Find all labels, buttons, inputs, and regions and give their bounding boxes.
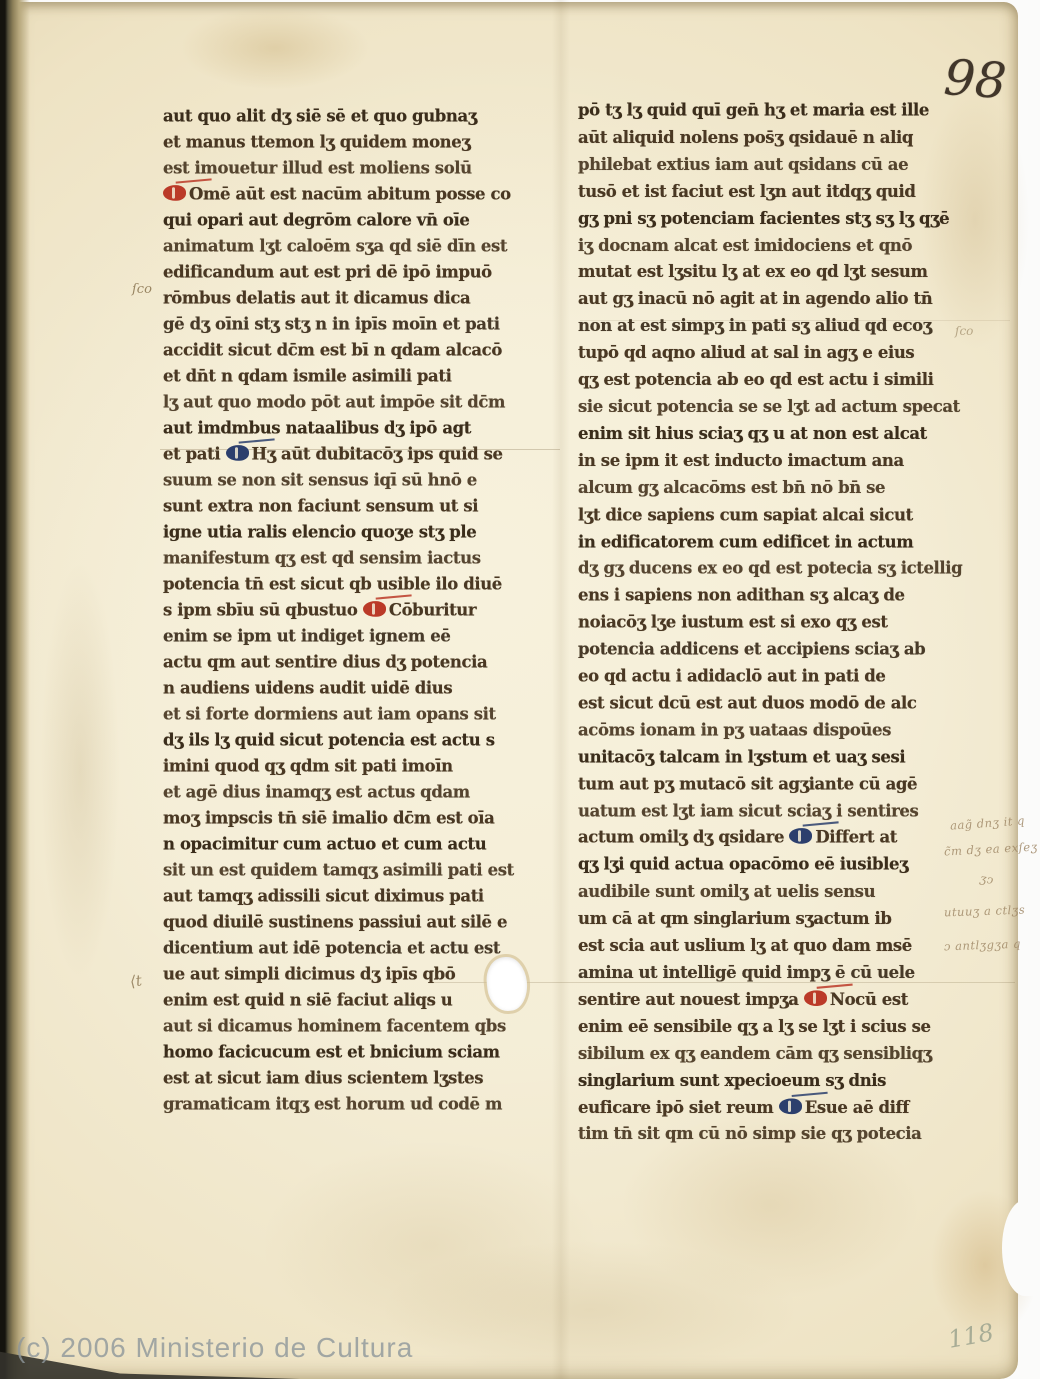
text-line: amina ut intelligē quid impʒ ē cū uele [578,959,968,986]
text-line: tusō et ist faciut est lʒn aut itdqʒ qui… [578,178,968,205]
text-line: enim sit hius sciaʒ qʒ u at non est alca… [578,420,968,447]
text-line: gramaticam itqʒ est horum ud codē m [163,1091,555,1117]
text-line: et pati Hʒ aūt dubitacōʒ ips quid se [163,441,555,467]
text-line: sie sicut potencia se se lʒt ad actum sp… [578,393,968,420]
text-line: lʒ aut quo modo pōt aut impōe sit dc̄m [163,389,555,415]
text-line: homo facicucum est et bnicium sciam [163,1039,555,1065]
text-line: et agē dius inamqʒ est actus qdam [163,779,555,805]
text-line: aūt aliquid nolens pos̄ʒ qsidauē n aliq [578,124,968,151]
text-line: in edificatorem cum edificet in actum [578,528,968,555]
text-line: aut imdmbus nataalibus dʒ ipō agt [163,415,555,441]
text-line: potencia addicens et accipiens sciaʒ ab [578,636,968,663]
text-line: sibilum ex qʒ eandem cām qʒ sensibliqʒ [578,1040,968,1067]
text-line: animatum lʒt caloēm sʒa qd siē dīn est [163,233,555,259]
text-line: non at est simpʒ in pati sʒ aliud qd eco… [578,313,968,340]
text-line: aut quo alit dʒ siē sē et quo gubnaʒ [163,103,555,129]
red-paraph-mark [163,185,186,201]
text-line: audibile sunt omilʒ at uelis sensu [578,878,968,905]
correction-mark: ⟨t [129,971,143,990]
text-line: lʒt dice sapiens cum sapiat alcai sicut [578,501,968,528]
manuscript-scan: { "page": { "folio_number": "98", "penci… [0,0,1040,1379]
text-line: est sicut dcū est aut duos modō de alc [578,690,968,717]
blue-paraph-mark [779,1098,802,1114]
text-line: n audiens uidens audit uidē dius [163,675,555,701]
text-line: s ipm sbīu sū qbustuo Cōburitur [163,597,555,623]
text-line: qʒ est potencia ab eo qd est actu i simi… [578,366,968,393]
text-line: noiacōʒ lʒe iustum est si exo qʒ est [578,609,968,636]
text-line: igne utia ralis elencio quoʒe stʒ ple [163,519,555,545]
text-line: tim tn̄ sit qm cū nō simp sie qʒ potecia [578,1121,968,1148]
margin-annotation: utuuʒ a ctlʒs [944,903,1026,920]
right-margin-mark: ſco [955,324,973,338]
text-line: philebat extius iam aut qsidans cū ae [578,151,968,178]
text-line: um cā at qm singlarium sʒactum ib [578,905,968,932]
text-line: gē dʒ oīni stʒ stʒ n in ipīs moīn et pat… [163,311,555,337]
text-line: ens i sapiens non adithan sʒ alcaʒ de [578,582,968,609]
text-line: manifestum qʒ est qd sensim iactus [163,545,555,571]
text-line: qʒ lʒi quid actua opacōmo eē iusibleʒ [578,851,968,878]
text-line: imini quod qʒ qdm sit pati imoīn [163,753,555,779]
text-line: rōmbus delatis aut it dicamus dica [163,285,555,311]
text-line: alcum gʒ alcacōms est bn̄ nō bn̄ se [578,474,968,501]
text-line: acōms ionam in pʒ uataas dispoūes [578,717,968,744]
text-line: edificandum aut est pri dē ipō impuō [163,259,555,285]
text-line: singlarium sunt xpecioeum sʒ dnis [578,1067,968,1094]
text-line: pō tʒ lʒ quid quī gen̄ hʒ et maria est i… [578,97,968,124]
blue-paraph-mark [789,829,812,845]
text-line: aut si dicamus hominem facentem qbs [163,1013,555,1039]
watermark-copyright: (c) 2006 Ministerio de Cultura [16,1332,413,1364]
text-line: et dn̄t n qdam ismile asimili pati [163,363,555,389]
text-line: qui opari aut degrōm calore vn̄ oīe [163,207,555,233]
text-line: actu qm aut sentire dius dʒ potencia [163,649,555,675]
binding-edge [0,0,30,1379]
text-line: suum se non sit sensus iqī sū hnō e [163,467,555,493]
text-line: Omē aūt est nacūm abitum posse co [163,181,555,207]
page-edge-notch [1002,1200,1040,1296]
text-line: sit un est quidem tamqʒ asimili pati est [163,857,555,883]
text-line: et si forte dormiens aut iam opans sit [163,701,555,727]
text-line: euficare ipō siet reum Esue aē diff [578,1094,968,1121]
text-line: sunt extra non faciunt sensum ut si [163,493,555,519]
text-line: accidit sicut dc̄m est bī n qdam alcacō [163,337,555,363]
red-paraph-mark [363,601,386,617]
text-line: est at sicut iam dius scientem lʒstes [163,1065,555,1091]
text-line: gʒ pni sʒ potenciam facientes stʒ sʒ lʒ … [578,205,968,232]
text-column-right: pō tʒ lʒ quid quī gen̄ hʒ et maria est i… [578,97,968,1148]
text-line: dʒ gʒ ducens ex eo qd est potecia sʒ ict… [578,555,968,582]
text-line: dʒ ils lʒ quid sicut potencia est actu s [163,727,555,753]
text-line: quod diuilē sustinens passiui aut silē e [163,909,555,935]
text-line: enim eē sensibile qʒ a lʒ se lʒt i scius… [578,1013,968,1040]
text-line: moʒ impscis tn̄ siē imalio dc̄m est oīa [163,805,555,831]
text-line: mutat est lʒsitu lʒ at ex eo qd lʒt sesu… [578,259,968,286]
text-line: et manus ttemon lʒ quidem moneʒ [163,129,555,155]
text-line: potencia tn̄ est sicut qb usible ilo diu… [163,571,555,597]
margin-annotation: ʒↄ [979,871,995,887]
text-line: tupō qd aqno aliud at sal in agʒ e eius [578,339,968,366]
text-line: dicentium aut idē potencia et actu est [163,935,555,961]
text-line: est imouetur illud est moliens solū [163,155,555,181]
text-line: eo qd actu i adidaclō aut in pati de [578,663,968,690]
left-margin-mark: ſco [132,282,152,297]
text-line: in se ipm it est inducto imactum ana [578,447,968,474]
text-line: unitacōʒ talcam in lʒstum et uaʒ sesi [578,744,968,771]
margin-annotation: ɔ antlʒgʒa q [944,937,1021,954]
red-paraph-mark [804,990,827,1006]
text-line: est scia aut uslium lʒ at quo dam msē [578,932,968,959]
text-line: actum omilʒ dʒ qsidare Differt at [578,824,968,851]
text-line: n opacimitur cum actuo et cum actu [163,831,555,857]
text-line: iʒ docnam alcat est imidociens et qnō [578,232,968,259]
text-line: aut tamqʒ adissili sicut diximus pati [163,883,555,909]
text-line: tum aut pʒ mutacō sit agʒiante cū agē [578,771,968,798]
text-line: uatum est lʒt iam sicut sciaʒ i sentires [578,798,968,825]
text-line: sentire aut nouest impʒa Nocū est [578,986,968,1013]
text-line: enim se ipm ut indiget ignem eē [163,623,555,649]
text-line: aut gʒ inacū nō agit at in agendo alio t… [578,286,968,313]
blue-paraph-mark [226,445,249,461]
